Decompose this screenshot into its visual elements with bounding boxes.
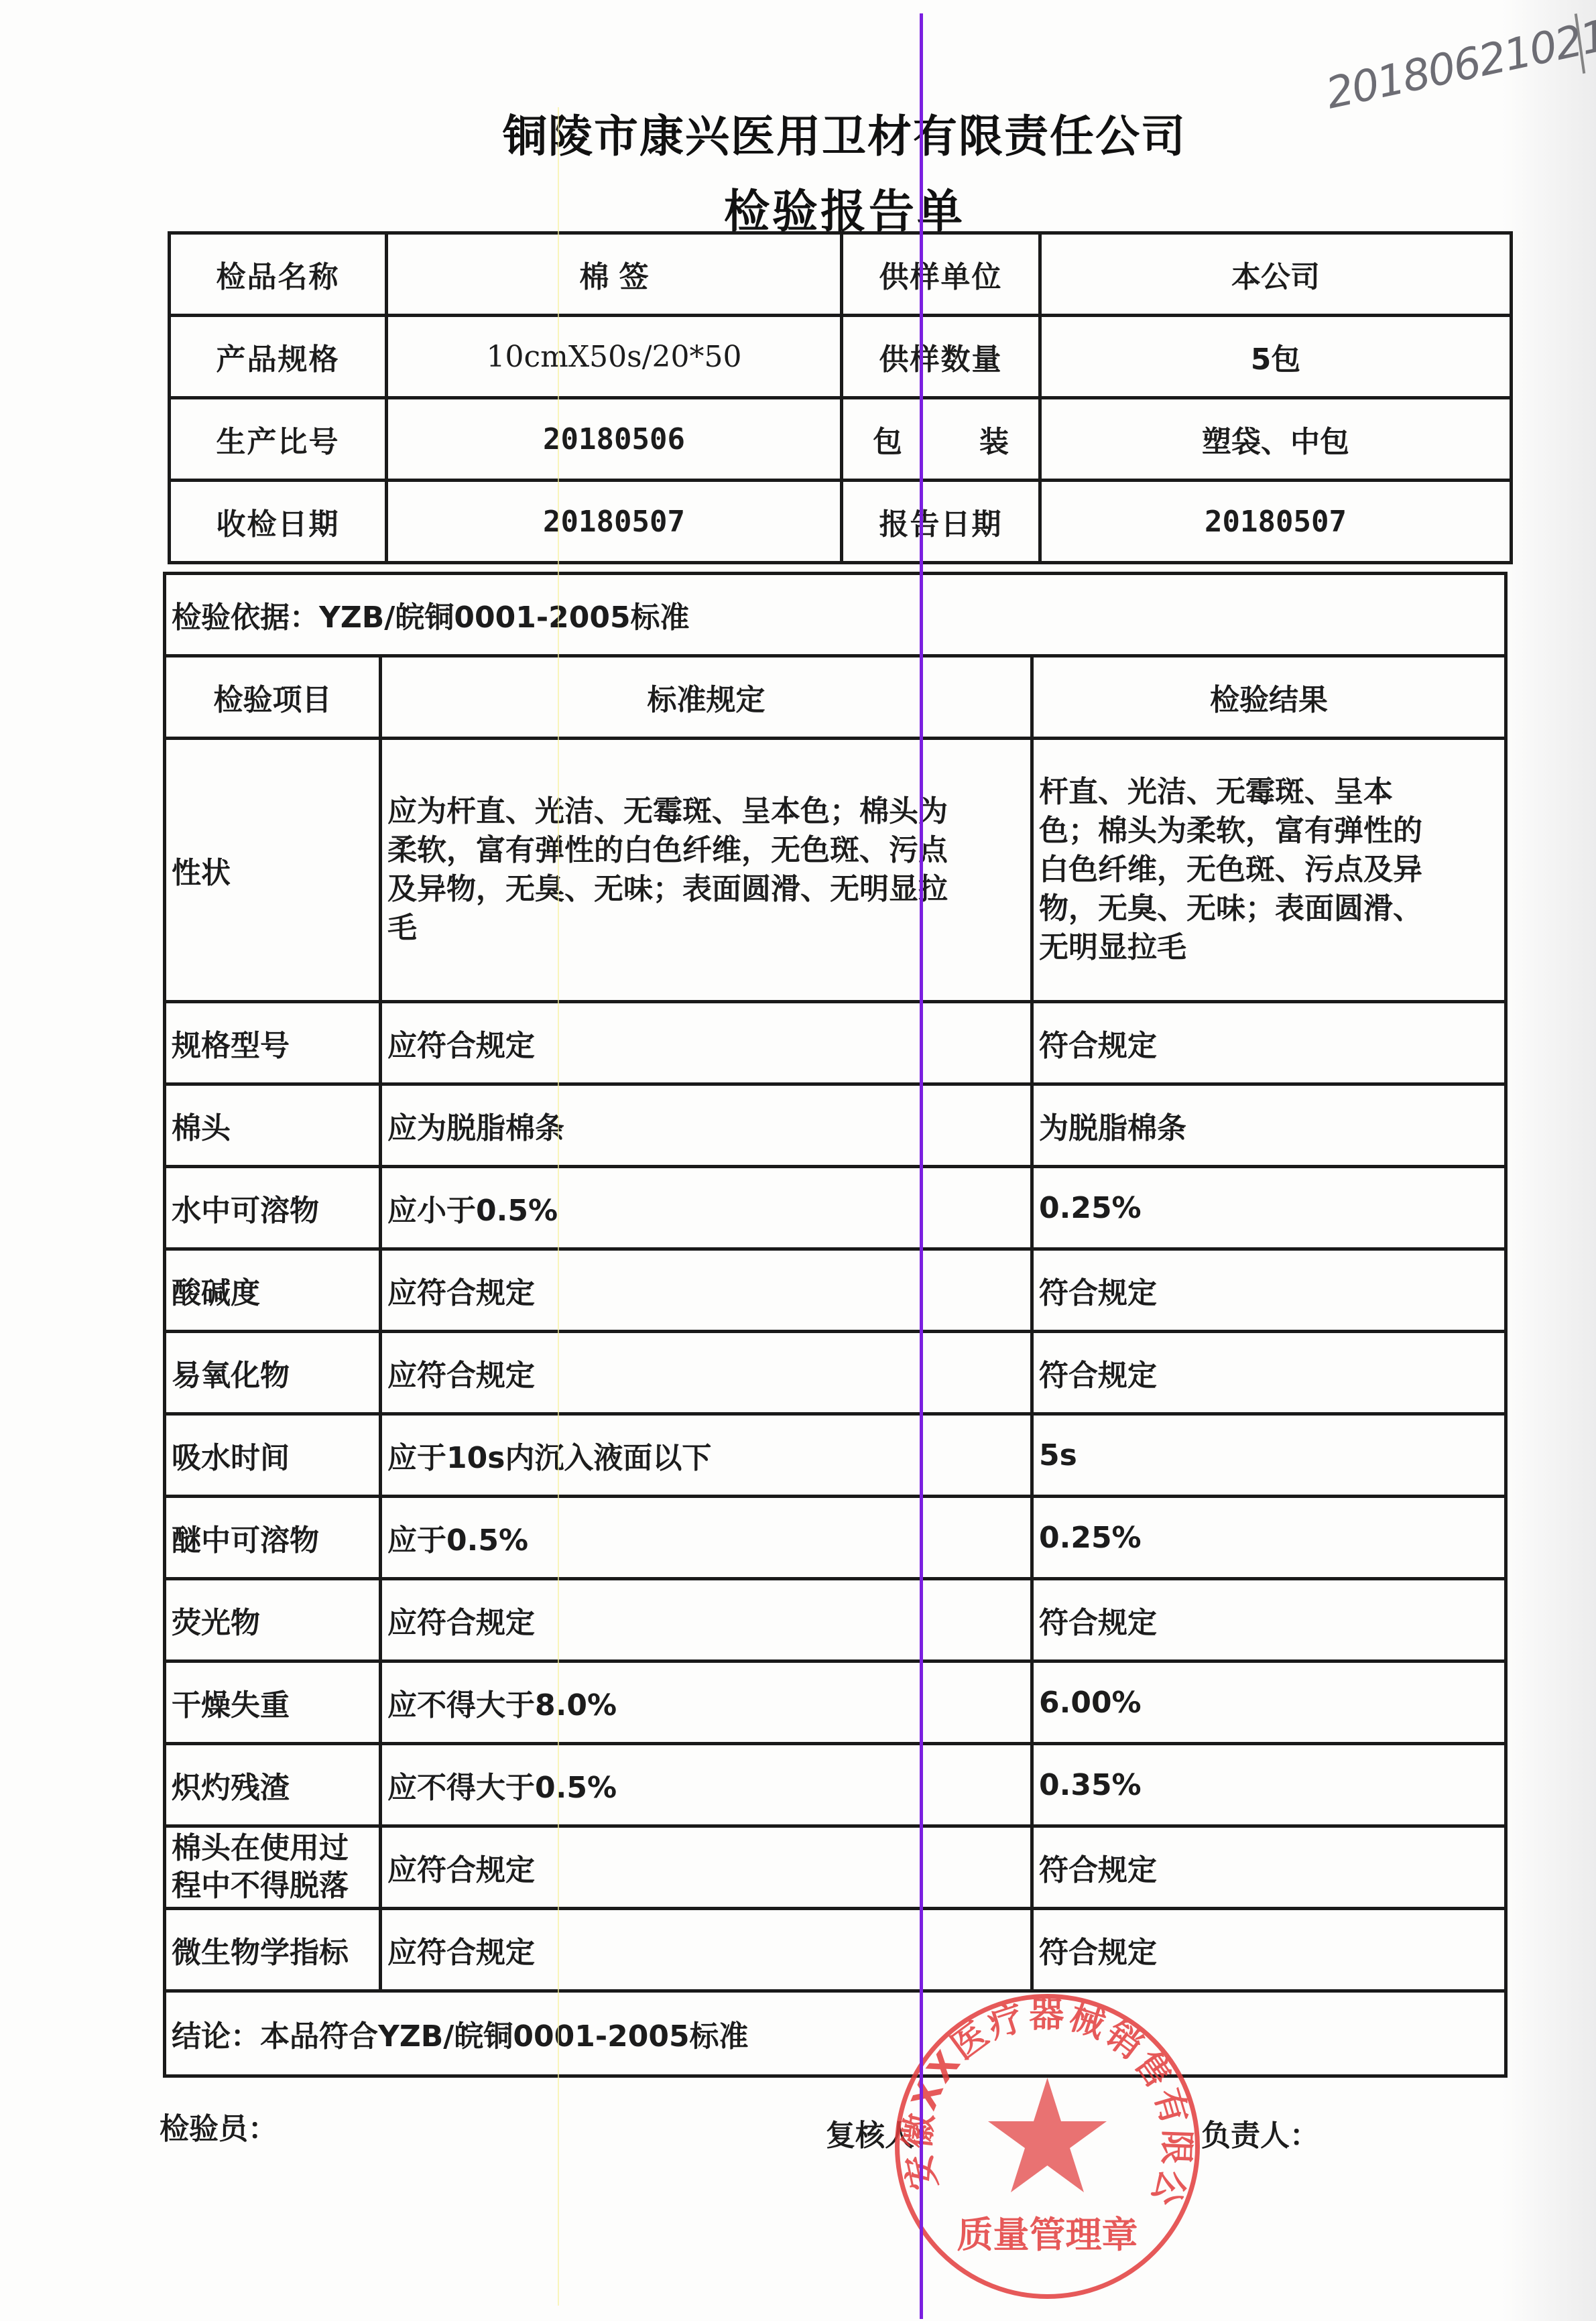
- table-row: 水中可溶物 应小于0.5% 0.25%: [165, 1167, 1506, 1249]
- item-name: 水中可溶物: [165, 1167, 381, 1249]
- table-row: 规格型号 应符合规定 符合规定: [165, 1002, 1506, 1084]
- standard-value: 应符合规定: [381, 1332, 1032, 1414]
- header-result: 检验结果: [1032, 656, 1506, 739]
- standard-value: 应符合规定: [381, 1579, 1032, 1661]
- item-name: 易氧化物: [165, 1332, 381, 1414]
- result-value: 符合规定: [1032, 1909, 1506, 1991]
- item-name: 吸水时间: [165, 1414, 381, 1497]
- text-line: 杆直、光洁、无霉斑、呈本: [1039, 773, 1499, 812]
- result-value: 符合规定: [1032, 1002, 1506, 1084]
- item-name: 棉头: [165, 1084, 381, 1167]
- label-packaging: 包 装: [842, 398, 1040, 481]
- table-row: 吸水时间 应于10s内沉入液面以下 5s: [165, 1414, 1506, 1497]
- standard-value: 应小于0.5%: [381, 1167, 1032, 1249]
- inspector-label: 检验员：: [160, 2105, 278, 2147]
- table-row: 酸碱度 应符合规定 符合规定: [165, 1249, 1506, 1332]
- standard-value: 应于10s内沉入液面以下: [381, 1414, 1032, 1497]
- item-name: 棉头在使用过 程中不得脱落: [165, 1826, 381, 1909]
- table-row: 荧光物 应符合规定 符合规定: [165, 1579, 1506, 1661]
- text-line: 程中不得脱落: [172, 1867, 379, 1905]
- text-line: 柔软，富有弹性的白色纤维，无色斑、污点: [387, 831, 1025, 870]
- item-name: 干燥失重: [165, 1661, 381, 1744]
- standard-value: 应符合规定: [381, 1826, 1032, 1909]
- company-name: 铜陵市康兴医用卫材有限责任公司: [496, 101, 1193, 164]
- value-report-date: 20180507: [1040, 481, 1512, 563]
- label-receive-date: 收检日期: [170, 481, 387, 563]
- label-batch-number: 生产比号: [170, 398, 387, 481]
- conclusion-row: 结论：本品符合YZB/皖铜0001-2005标准: [165, 1991, 1506, 2076]
- value-sample-quantity: 5包: [1040, 316, 1512, 398]
- label-spec: 产品规格: [170, 316, 387, 398]
- item-name: 醚中可溶物: [165, 1497, 381, 1579]
- header-standard: 标准规定: [381, 656, 1032, 739]
- text-line: 棉头在使用过: [172, 1830, 379, 1867]
- result-value: 符合规定: [1032, 1826, 1506, 1909]
- item-name: 荧光物: [165, 1579, 381, 1661]
- label-supplier: 供样单位: [842, 233, 1040, 316]
- result-value: 6.00%: [1032, 1661, 1506, 1744]
- result-value: 0.25%: [1032, 1167, 1506, 1249]
- star-icon: [988, 2078, 1107, 2192]
- standard-value: 应于0.5%: [381, 1497, 1032, 1579]
- table-row: 性状 应为杆直、光洁、无霉斑、呈本色；棉头为 柔软，富有弹性的白色纤维，无色斑、…: [165, 739, 1506, 1002]
- label-sample-quantity: 供样数量: [842, 316, 1040, 398]
- standard-value: 应符合规定: [381, 1002, 1032, 1084]
- seal-center-text: 质量管理章: [957, 2214, 1138, 2256]
- item-name: 微生物学指标: [165, 1909, 381, 1991]
- table-row: 干燥失重 应不得大于8.0% 6.00%: [165, 1661, 1506, 1744]
- value-receive-date: 20180507: [387, 481, 842, 563]
- info-row: 收检日期 20180507 报告日期 20180507: [170, 481, 1512, 563]
- table-row: 棉头在使用过 程中不得脱落 应符合规定 符合规定: [165, 1826, 1506, 1909]
- standard-value: 应不得大于8.0%: [381, 1661, 1032, 1744]
- basis-row: 检验依据：YZB/皖铜0001-2005标准: [165, 574, 1506, 656]
- result-value: 符合规定: [1032, 1579, 1506, 1661]
- header-row: 检验项目 标准规定 检验结果: [165, 656, 1506, 739]
- table-row: 醚中可溶物 应于0.5% 0.25%: [165, 1497, 1506, 1579]
- value-supplier: 本公司: [1040, 233, 1512, 316]
- inspection-items-table: 检验依据：YZB/皖铜0001-2005标准 检验项目 标准规定 检验结果 性状…: [163, 572, 1508, 2078]
- standard-value: 应不得大于0.5%: [381, 1744, 1032, 1826]
- standard-text: 应为杆直、光洁、无霉斑、呈本色；棉头为 柔软，富有弹性的白色纤维，无色斑、污点 …: [381, 739, 1032, 1002]
- item-name: 酸碱度: [165, 1249, 381, 1332]
- text-line: 毛: [387, 909, 1025, 948]
- text-line: 应为杆直、光洁、无霉斑、呈本色；棉头为: [387, 792, 1025, 831]
- info-row: 生产比号 20180506 包 装 塑袋、中包: [170, 398, 1512, 481]
- table-row: 微生物学指标 应符合规定 符合规定: [165, 1909, 1506, 1991]
- conclusion: 结论：本品符合YZB/皖铜0001-2005标准: [165, 1991, 1506, 2076]
- scan-artifact-line: [558, 107, 559, 2306]
- standard-value: 应为脱脂棉条: [381, 1084, 1032, 1167]
- text-line: 及异物，无臭、无味；表面圆滑、无明显拉: [387, 870, 1025, 909]
- item-name: 性状: [165, 739, 381, 1002]
- info-row: 检品名称 棉 签 供样单位 本公司: [170, 233, 1512, 316]
- company-seal: 安徽XX医疗器械销售有限公司 质量管理章: [895, 1994, 1200, 2299]
- result-text: 杆直、光洁、无霉斑、呈本 色；棉头为柔软，富有弹性的 白色纤维，无色斑、污点及异…: [1032, 739, 1506, 1002]
- result-value: 符合规定: [1032, 1332, 1506, 1414]
- result-value: 0.35%: [1032, 1744, 1506, 1826]
- table-row: 易氧化物 应符合规定 符合规定: [165, 1332, 1506, 1414]
- label-sample-name: 检品名称: [170, 233, 387, 316]
- value-spec: 10cmX50s/20*50: [387, 316, 842, 398]
- value-sample-name: 棉 签: [387, 233, 842, 316]
- table-row: 棉头 应为脱脂棉条 为脱脂棉条: [165, 1084, 1506, 1167]
- header-item: 检验项目: [165, 656, 381, 739]
- result-value: 0.25%: [1032, 1497, 1506, 1579]
- value-batch-number: 20180506: [387, 398, 842, 481]
- info-row: 产品规格 10cmX50s/20*50 供样数量 5包: [170, 316, 1512, 398]
- result-value: 符合规定: [1032, 1249, 1506, 1332]
- responsible-label: 负责人：: [1201, 2111, 1319, 2154]
- seal-graphic: 安徽XX医疗器械销售有限公司 质量管理章: [895, 1994, 1200, 2299]
- text-line: 色；棉头为柔软，富有弹性的: [1039, 812, 1499, 851]
- text-line: 无明显拉毛: [1039, 928, 1499, 967]
- standard-value: 应符合规定: [381, 1909, 1032, 1991]
- label-report-date: 报告日期: [842, 481, 1040, 563]
- table-row: 炽灼残渣 应不得大于0.5% 0.35%: [165, 1744, 1506, 1826]
- sample-info-table: 检品名称 棉 签 供样单位 本公司 产品规格 10cmX50s/20*50 供样…: [168, 231, 1513, 564]
- item-name: 炽灼残渣: [165, 1744, 381, 1826]
- label-packaging-a: 包: [873, 418, 904, 460]
- result-value: 为脱脂棉条: [1032, 1084, 1506, 1167]
- text-line: 物，无臭、无味；表面圆滑、: [1039, 889, 1499, 928]
- label-packaging-b: 装: [979, 418, 1010, 460]
- item-name: 规格型号: [165, 1002, 381, 1084]
- inspection-basis: 检验依据：YZB/皖铜0001-2005标准: [165, 574, 1506, 656]
- scan-shadow: [1502, 0, 1596, 2321]
- standard-value: 应符合规定: [381, 1249, 1032, 1332]
- scan-artifact-line: [920, 13, 923, 2319]
- value-packaging: 塑袋、中包: [1040, 398, 1512, 481]
- text-line: 白色纤维，无色斑、污点及异: [1039, 851, 1499, 889]
- result-value: 5s: [1032, 1414, 1506, 1497]
